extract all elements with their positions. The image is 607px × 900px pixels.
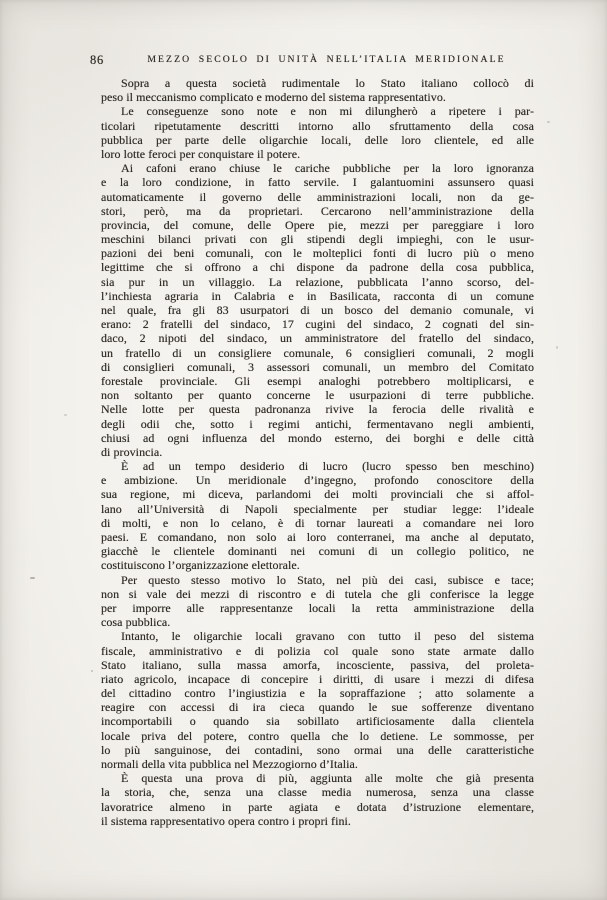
text-line: Ai cafoni erano chiuse le cariche pubbli…: [101, 161, 534, 175]
text-line: costituiscono l’organizzazione elettoral…: [101, 558, 534, 572]
text-line: e la loro condizione, in fatto servile. …: [101, 175, 534, 189]
text-line: paesi. E comandano, non solo ai loro con…: [101, 530, 534, 544]
text-line: pazioni dei beni comunali, con le moltep…: [101, 246, 534, 260]
text-line: Le conseguenze sono note e non mi dilung…: [101, 104, 534, 118]
text-line: Sopra a questa società rudimentale lo St…: [101, 76, 534, 90]
text-line: automaticamente il governo delle amminis…: [101, 190, 534, 204]
text-line: un fratello di un consigliere comunale, …: [101, 346, 534, 360]
text-line: giacchè le clientele dominanti nei comun…: [101, 544, 534, 558]
book-page-scan: 86 MEZZO SECOLO DI UNITÀ NELL’ITALIA MER…: [0, 0, 607, 900]
text-line: per imporre alle rappresentanze locali l…: [101, 601, 534, 615]
text-line: reagire con accessi di ira cieca quando …: [101, 700, 534, 714]
ink-speck: [64, 414, 67, 416]
text-line: stori, però, ma da proprietari. Cercaron…: [101, 204, 534, 218]
text-line: loro lotte feroci per conquistare il pot…: [101, 147, 534, 161]
text-line: erano: 2 fratelli del sindaco, 17 cugini…: [101, 317, 534, 331]
text-line: lavoratrice almeno in parte agiata e dot…: [101, 800, 534, 814]
text-line: fiscale, amministrativo e di polizia col…: [101, 644, 534, 658]
text-line: legittime che si offrono a chi dispone d…: [101, 260, 534, 274]
text-line: l’inchiesta agraria in Calabria e in Bas…: [101, 289, 534, 303]
text-line: incomportabili o quando sia sobillato ar…: [101, 714, 534, 728]
text-line: degli odii che, sotto i regimi antichi, …: [101, 417, 534, 431]
text-line: lano all’Università di Napoli specialmen…: [101, 502, 534, 516]
text-line: ticolari ripetutamente descritti intorno…: [101, 119, 534, 133]
text-line: Per questo stesso motivo lo Stato, nel p…: [101, 573, 534, 587]
text-line: meschini bilanci privati con gli stipend…: [101, 232, 534, 246]
running-header: MEZZO SECOLO DI UNITÀ NELL’ITALIA MERIDI…: [110, 54, 543, 65]
text-line: È questa una prova di più, aggiunta alle…: [101, 771, 534, 785]
ink-speck: [91, 670, 93, 672]
text-line: del cittadino contro l’ingiustizia e la …: [101, 686, 534, 700]
text-line: non soltanto per quanto concerne le usur…: [101, 388, 534, 402]
text-line: chiusi ad ogni influenza del mondo ester…: [101, 431, 534, 445]
text-line: la storia, che, senza una classe media n…: [101, 785, 534, 799]
ink-speck: [547, 121, 550, 123]
page-header: 86 MEZZO SECOLO DI UNITÀ NELL’ITALIA MER…: [101, 52, 534, 67]
text-line: forestale provinciale. Gli esempi analog…: [101, 374, 534, 388]
text-line: di consiglieri comunali, 3 assessori com…: [101, 360, 534, 374]
text-line: normali della vita pubblica nel Mezzogio…: [101, 757, 534, 771]
text-line: non si vale dei mezzi di riscontro e di …: [101, 587, 534, 601]
text-line: riato agricolo, incapace di concepire i …: [101, 672, 534, 686]
page-number: 86: [90, 53, 104, 68]
ink-speck: [30, 577, 35, 579]
ink-speck: [556, 346, 558, 349]
text-line: È ad un tempo desiderio di lucro (lucro …: [101, 459, 534, 473]
text-line: il sistema rappresentativo opera contro …: [101, 814, 534, 828]
text-line: nel quale, fra gli 83 usurpatori di un b…: [101, 303, 534, 317]
text-line: peso il meccanismo complicato e moderno …: [101, 90, 534, 104]
text-line: cosa pubblica.: [101, 615, 534, 629]
page-body: Sopra a questa società rudimentale lo St…: [101, 76, 534, 828]
text-line: Nelle lotte per questa padronanza rivive…: [101, 402, 534, 416]
text-line: provincia, del comune, delle Opere pie, …: [101, 218, 534, 232]
text-line: locale priva del potere, contro quella c…: [101, 729, 534, 743]
text-line: sia pur in un villaggio. La relazione, p…: [101, 275, 534, 289]
text-line: e ambizione. Un meridionale d’ingegno, p…: [101, 473, 534, 487]
text-line: Stato italiano, sulla massa amorfa, inco…: [101, 658, 534, 672]
text-line: Intanto, le oligarchie locali gravano co…: [101, 629, 534, 643]
text-line: sua regione, mi diceva, parlandomi dei m…: [101, 487, 534, 501]
text-line: daco, 2 nipoti del sindaco, un amministr…: [101, 331, 534, 345]
text-line: di provincia.: [101, 445, 534, 459]
text-line: di molti, e non lo celano, è di tornar l…: [101, 516, 534, 530]
text-line: pubblica per parte delle oligarchie loca…: [101, 133, 534, 147]
text-line: lo più sanguinose, dei contadini, sono o…: [101, 743, 534, 757]
